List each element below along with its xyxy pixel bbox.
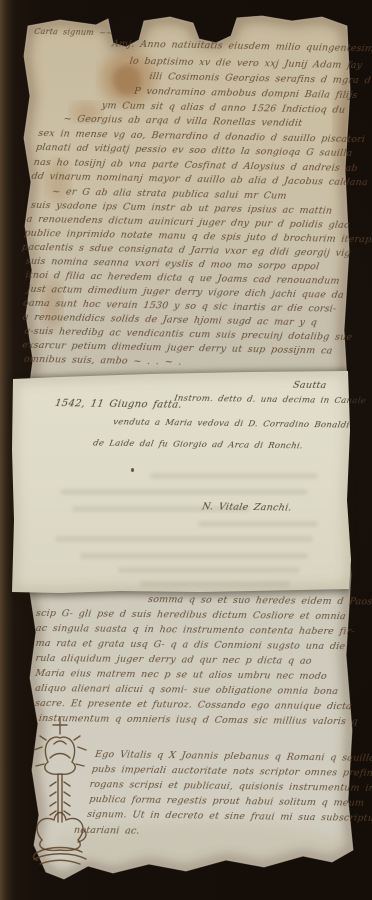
photo-backdrop: Carta signum ~~Amj. Anno natiuitatis eiu…: [0, 0, 372, 900]
slip-signature: N. Vitale Zanchi.: [201, 502, 292, 514]
slip-heading-word: Sautta: [292, 381, 327, 392]
slip-date: 1542, 11 Giugno fatta.: [54, 398, 183, 411]
slip-ink-dot: [131, 468, 134, 472]
